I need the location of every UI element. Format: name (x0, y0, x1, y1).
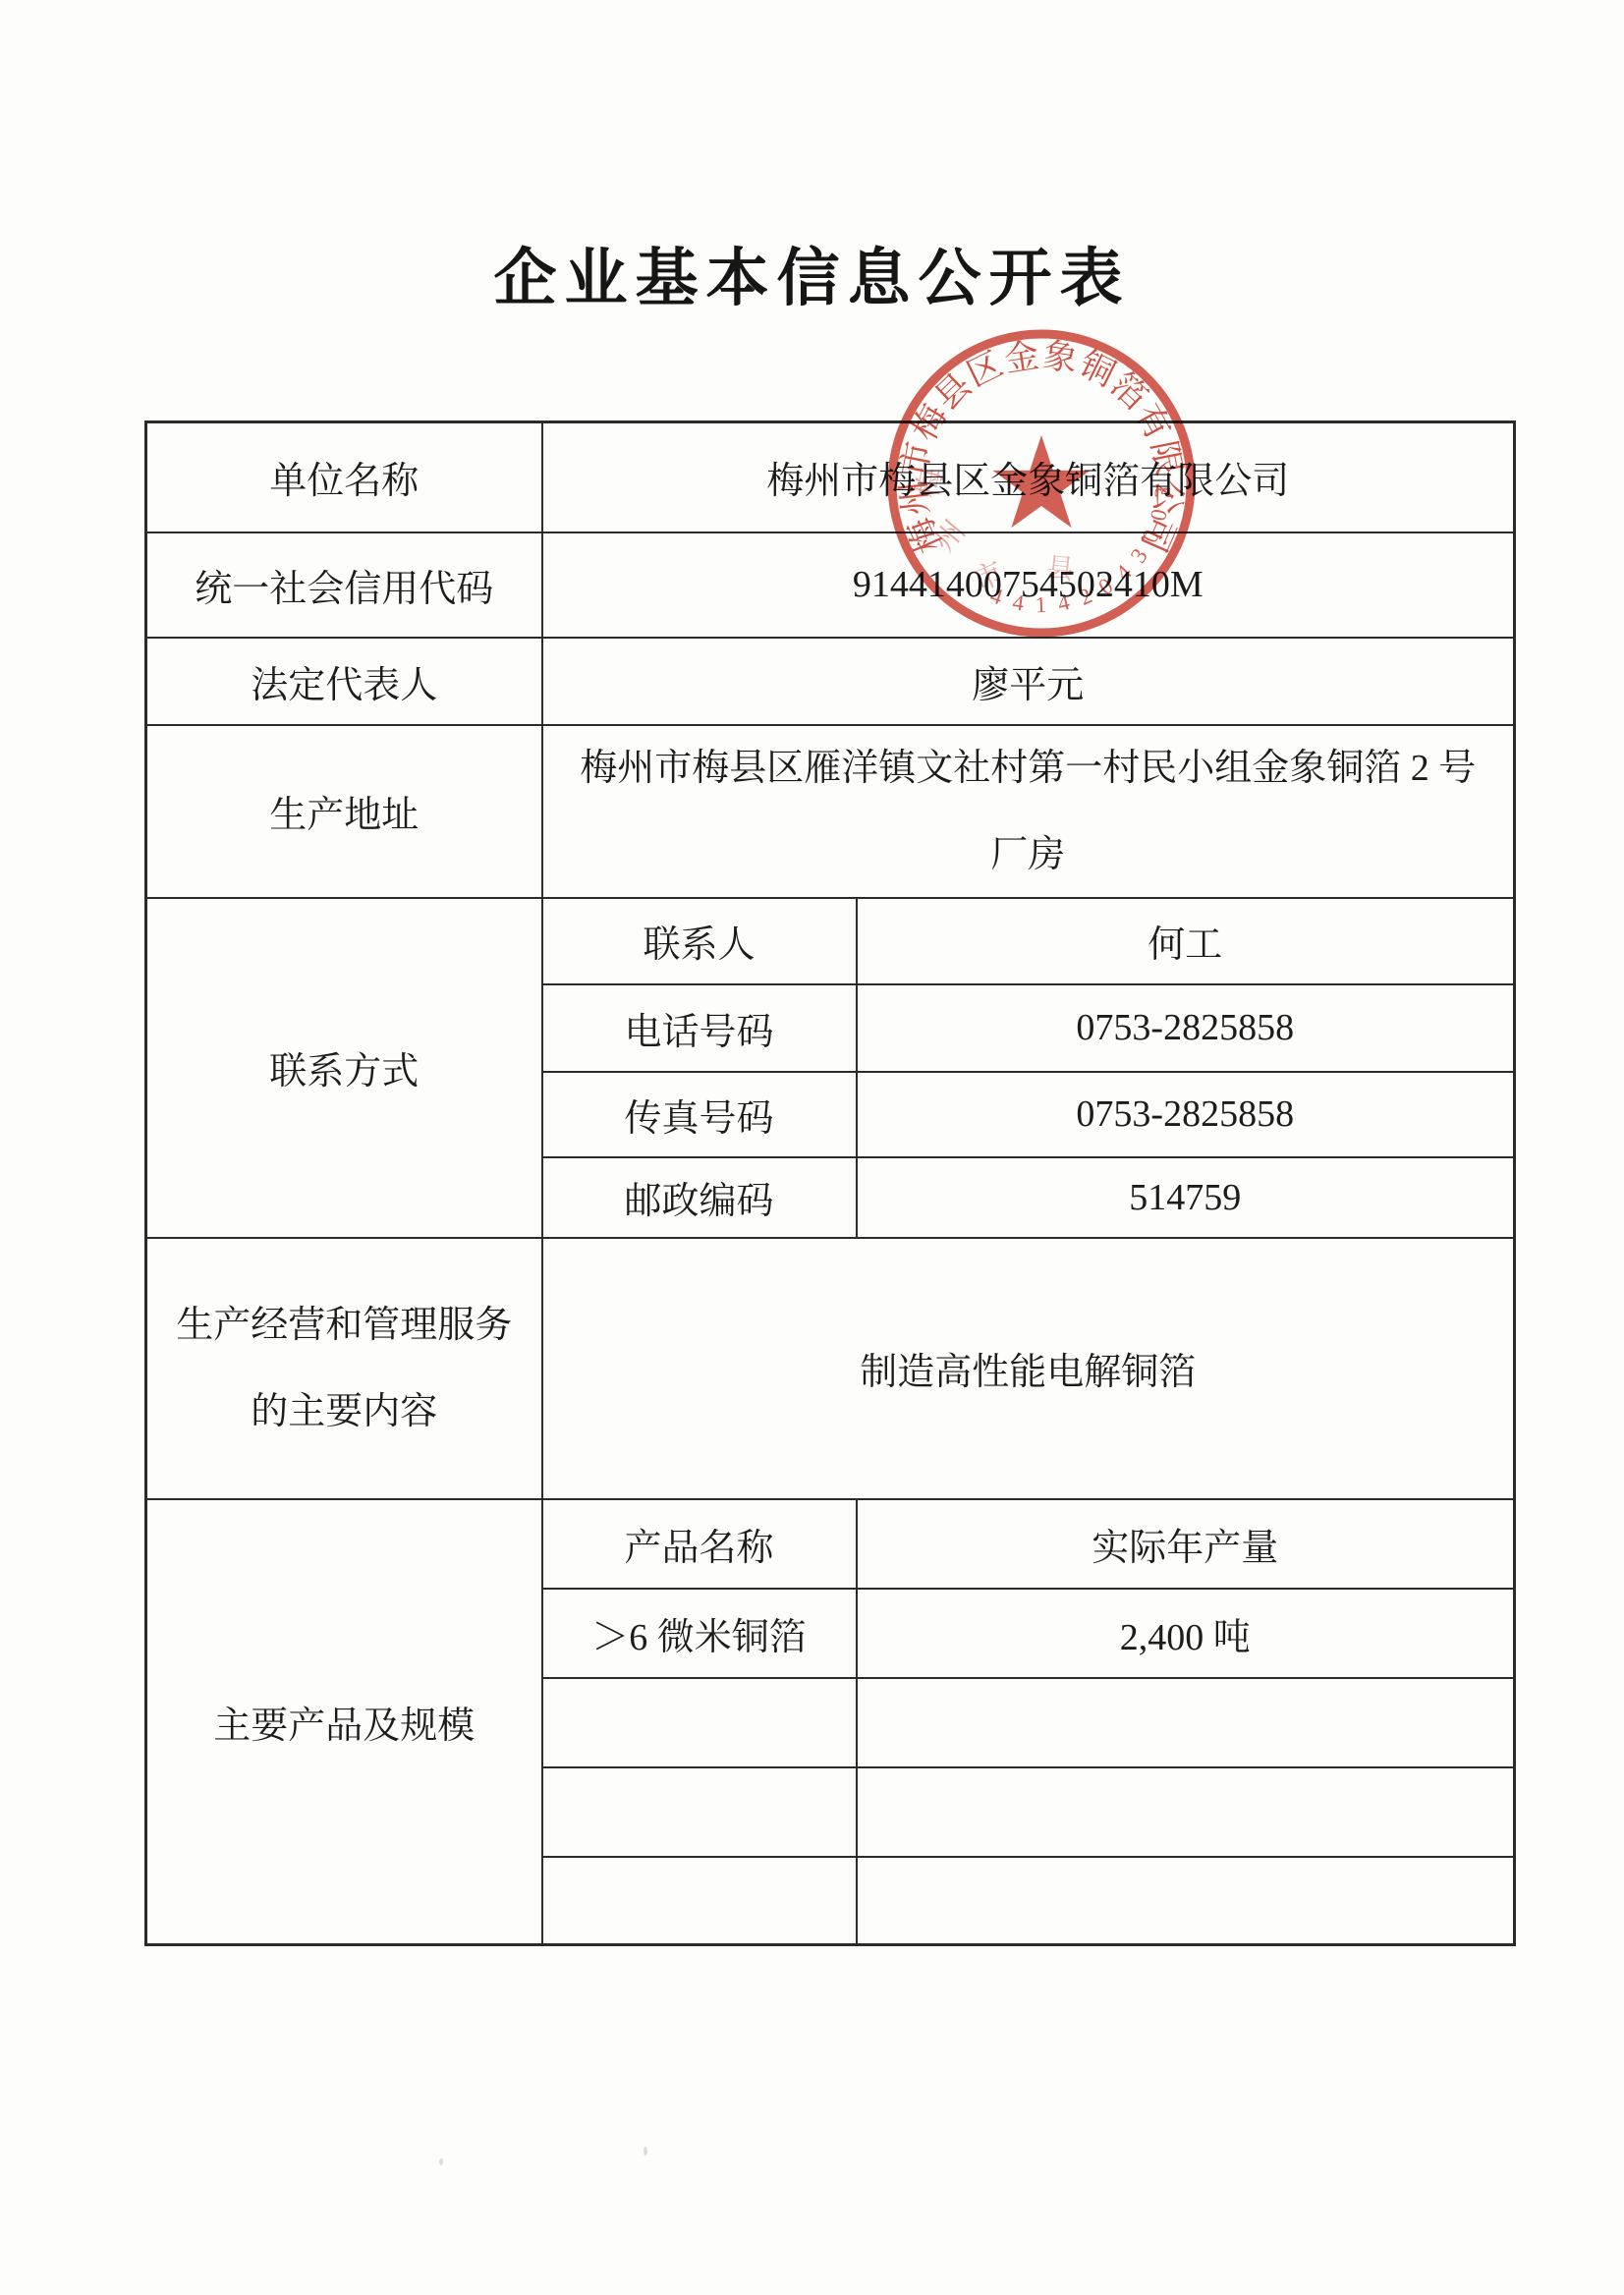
product-name-cell: ＞6 微米铜箔 (542, 1589, 857, 1678)
contact-person-label: 联系人 (542, 898, 857, 984)
scanned-document-page: 企业基本信息公开表 单位名称 梅州市梅县区金象铜箔有限公司 统一社会信用代码 9… (0, 0, 1624, 2295)
phone-value: 0753-2825858 (857, 984, 1515, 1072)
seal-stray-char: 县 (1044, 553, 1075, 587)
unit-name-label: 单位名称 (146, 422, 542, 532)
contact-person-value: 何工 (857, 898, 1515, 984)
product-output-cell (857, 1767, 1515, 1857)
product-output-cell (857, 1678, 1515, 1767)
table-row: 统一社会信用代码 91441400754502410M (146, 532, 1515, 638)
legal-rep-label: 法定代表人 (146, 638, 542, 725)
product-name-header: 产品名称 (542, 1499, 857, 1589)
page-title: 企业基本信息公开表 (0, 228, 1624, 318)
postcode-value: 514759 (857, 1157, 1515, 1238)
phone-label: 电话号码 (542, 984, 857, 1072)
product-name-cell (542, 1857, 857, 1945)
credit-code-label: 统一社会信用代码 (146, 532, 542, 638)
red-star-icon (993, 435, 1091, 528)
product-name-cell (542, 1678, 857, 1767)
address-label: 生产地址 (146, 725, 542, 898)
product-name-cell (542, 1767, 857, 1857)
address-value-line1: 梅州市梅县区雁洋镇文社村第一村民小组金象铜箔 2 号 (543, 744, 1514, 793)
svg-text:44142043003: 44142043003 (987, 474, 1175, 617)
table-row: 生产经营和管理服务 的主要内容 制造高性能电解铜箔 (146, 1238, 1515, 1499)
scan-speck (644, 2147, 647, 2155)
address-value: 梅州市梅县区雁洋镇文社村第一村民小组金象铜箔 2 号 厂房 (542, 725, 1515, 898)
address-value-line2: 厂房 (543, 830, 1514, 879)
seal-stray-char: 梅 (911, 466, 949, 501)
company-info-table: 单位名称 梅州市梅县区金象铜箔有限公司 统一社会信用代码 91441400754… (144, 420, 1516, 1946)
product-output-cell: 2,400 吨 (857, 1589, 1515, 1678)
business-scope-label: 生产经营和管理服务 的主要内容 (146, 1238, 542, 1499)
fax-value: 0753-2825858 (857, 1072, 1515, 1157)
seal-serial-number: 44142043003 (987, 474, 1175, 617)
table-row: 单位名称 梅州市梅县区金象铜箔有限公司 (146, 422, 1515, 532)
postcode-label: 邮政编码 (542, 1157, 857, 1238)
table-row: 联系方式 联系人 何工 (146, 898, 1515, 984)
table-row: 法定代表人 廖平元 (146, 638, 1515, 725)
scan-speck (439, 2158, 443, 2165)
product-output-cell (857, 1857, 1515, 1945)
business-scope-label-line1: 生产经营和管理服务 (147, 1301, 541, 1350)
table-row: 生产地址 梅州市梅县区雁洋镇文社村第一村民小组金象铜箔 2 号 厂房 (146, 725, 1515, 898)
business-scope-label-line2: 的主要内容 (147, 1387, 541, 1436)
table-row: 主要产品及规模 产品名称 实际年产量 (146, 1499, 1515, 1589)
contact-section-label: 联系方式 (146, 898, 542, 1238)
business-scope-value: 制造高性能电解铜箔 (542, 1238, 1515, 1499)
fax-label: 传真号码 (542, 1072, 857, 1157)
products-section-label: 主要产品及规模 (146, 1499, 542, 1945)
product-output-header: 实际年产量 (857, 1499, 1515, 1589)
company-seal: 梅州市梅县区金象铜箔有限公司 44142043003 梅 州 市 县 (874, 316, 1208, 650)
